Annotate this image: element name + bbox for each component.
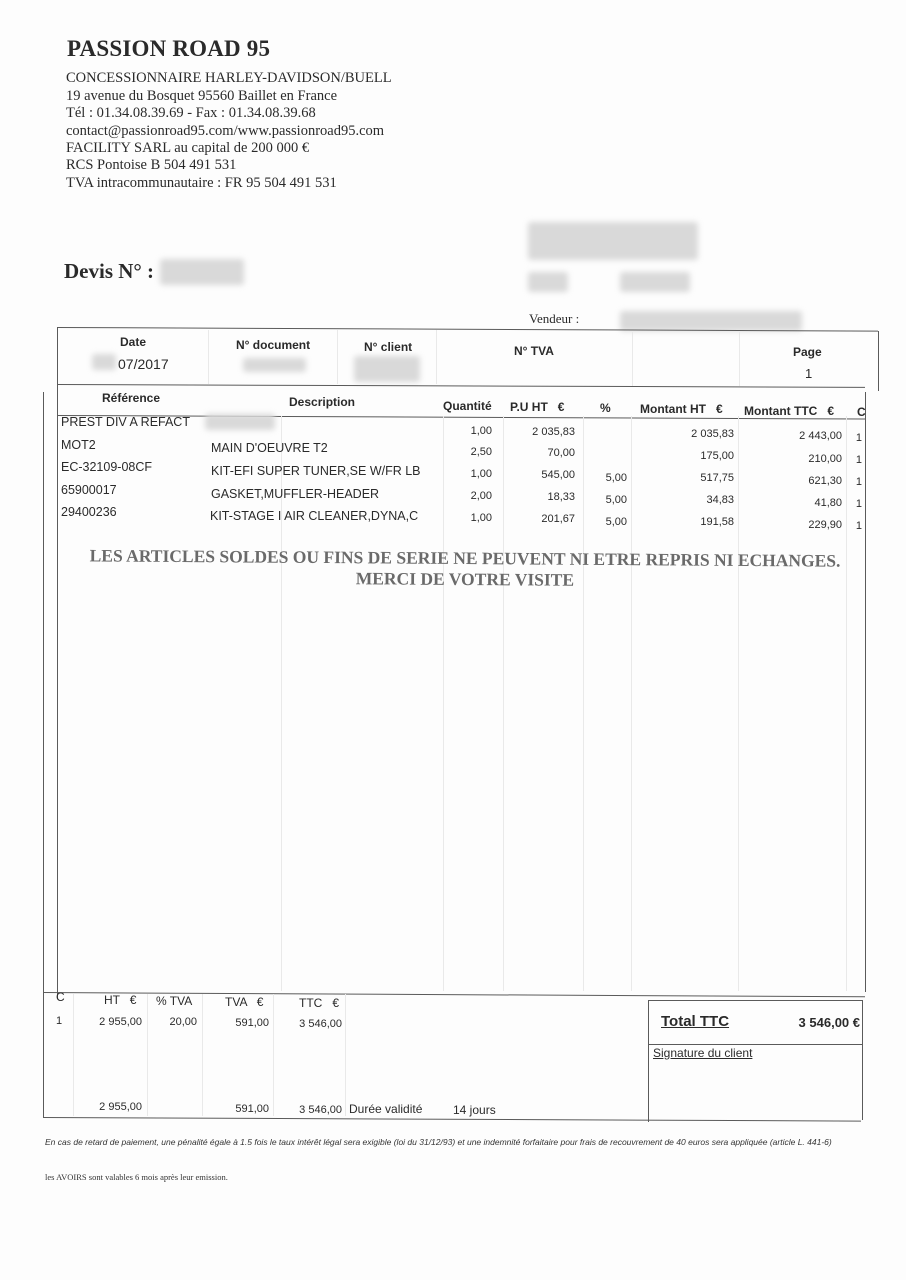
quote-number-redacted: [160, 259, 244, 285]
totals-row-ttc: 3 546,00: [285, 1018, 342, 1030]
divider: [739, 332, 740, 386]
row-amount-ttc: 41,80: [760, 497, 842, 509]
col-header-discount: %: [600, 401, 611, 415]
customer-zip-redacted: [528, 272, 568, 292]
document-number-redacted: [243, 358, 306, 372]
divider: [281, 416, 282, 991]
divider: [273, 994, 274, 1116]
totals-row-vat-rate: 20,00: [150, 1016, 197, 1028]
validity-value: 14 jours: [453, 1103, 496, 1117]
divider: [443, 416, 444, 991]
row-amount-ttc: 2 443,00: [760, 430, 842, 442]
divider: [147, 994, 148, 1116]
row-amount-ht: 2 035,83: [660, 428, 734, 440]
row-unit-price: 545,00: [500, 469, 575, 481]
row-description: MAIN D'OEUVRE T2: [211, 441, 328, 455]
total-box-bottom: [648, 1044, 863, 1045]
row-reference: MOT2: [61, 438, 96, 452]
divider: [208, 330, 209, 384]
page-label: Page: [793, 345, 822, 359]
row-discount: 5,00: [580, 494, 627, 506]
col-header-amount-ht: Montant HT €: [640, 402, 723, 416]
row-amount-ht: 34,83: [660, 494, 734, 506]
row-reference: 65900017: [61, 483, 117, 497]
row-c: 1: [852, 498, 862, 510]
col-header-quantity: Quantité: [443, 399, 492, 413]
totals-row-c: 1: [56, 1015, 62, 1027]
row-reference: PREST DIV A REFACT: [61, 415, 190, 429]
totals-sum-vat: 591,00: [215, 1103, 269, 1115]
total-ttc-label: Total TTC: [661, 1013, 729, 1030]
row-amount-ttc: 229,90: [760, 519, 842, 531]
col-header-c: C: [857, 405, 866, 419]
row-reference: EC-32109-08CF: [61, 460, 152, 474]
divider: [846, 416, 847, 991]
row-amount-ht: 191,58: [660, 516, 734, 528]
frame-left-border-lower: [43, 392, 44, 1117]
row-discount: 5,00: [580, 516, 627, 528]
row-c: 1: [852, 454, 862, 466]
credit-notes-notice: les AVOIRS sont valables 6 mois après le…: [45, 1172, 228, 1182]
total-box-left: [648, 1000, 649, 1122]
company-rcs: RCS Pontoise B 504 491 531: [66, 157, 236, 174]
totals-bottom-border: [43, 1117, 861, 1122]
totals-sum-ht: 2 955,00: [90, 1101, 142, 1113]
salesperson-label: Vendeur :: [529, 311, 579, 327]
company-phone-fax: Tél : 01.34.08.39.69 - Fax : 01.34.08.39…: [66, 105, 316, 122]
divider: [436, 330, 437, 384]
totals-sum-ttc: 3 546,00: [285, 1104, 342, 1116]
totals-row-vat: 591,00: [215, 1017, 269, 1029]
row-quantity: 1,00: [440, 425, 492, 437]
col-header-reference: Référence: [102, 391, 160, 405]
divider: [632, 332, 633, 386]
totals-header-vat-rate: % TVA: [156, 994, 192, 1008]
header-separator: [57, 384, 865, 388]
totals-header-ttc: TTC €: [299, 996, 339, 1010]
total-ttc-value: 3 546,00 €: [750, 1015, 860, 1030]
row-description: GASKET,MUFFLER-HEADER: [211, 487, 379, 501]
customer-city-redacted: [620, 272, 690, 292]
row-description-redacted: [205, 414, 275, 430]
customer-address-redacted: [528, 222, 698, 260]
divider: [337, 330, 338, 384]
company-vat: TVA intracommunautaire : FR 95 504 491 5…: [66, 175, 337, 192]
row-c: 1: [852, 520, 862, 532]
total-box-top: [648, 1000, 863, 1001]
client-number-redacted: [354, 356, 420, 382]
row-amount-ht: 517,75: [660, 472, 734, 484]
totals-header-vat: TVA €: [225, 995, 263, 1009]
date-label: Date: [120, 335, 146, 349]
salesperson-redacted: [620, 311, 802, 331]
company-activity: CONCESSIONNAIRE HARLEY-DAVIDSON/BUELL: [66, 70, 392, 87]
vat-number-label: N° TVA: [514, 344, 554, 358]
company-name: PASSION ROAD 95: [67, 36, 270, 62]
totals-header-c: C: [56, 990, 65, 1004]
company-address: 19 avenue du Bosquet 95560 Baillet en Fr…: [66, 88, 337, 105]
row-quantity: 1,00: [440, 468, 492, 480]
company-contact: contact@passionroad95.com/www.passionroa…: [66, 123, 384, 140]
row-unit-price: 70,00: [500, 447, 575, 459]
quote-number-label: Devis N° :: [64, 259, 154, 284]
document-number-label: N° document: [236, 338, 310, 352]
row-unit-price: 201,67: [500, 513, 575, 525]
company-legal-form: FACILITY SARL au capital de 200 000 €: [66, 140, 309, 157]
row-quantity: 1,00: [440, 512, 492, 524]
frame-right-border: [865, 392, 866, 992]
divider: [73, 994, 74, 1116]
col-header-amount-ttc: Montant TTC €: [744, 404, 834, 418]
row-c: 1: [852, 476, 862, 488]
date-day-redacted: [92, 354, 116, 370]
row-amount-ttc: 210,00: [760, 453, 842, 465]
client-signature-label: Signature du client: [653, 1046, 752, 1060]
frame-right-border-top: [878, 331, 879, 391]
row-unit-price: 2 035,83: [500, 426, 575, 438]
row-quantity: 2,50: [440, 446, 492, 458]
date-value: 07/2017: [118, 356, 169, 372]
frame-left-border: [57, 327, 58, 999]
col-header-description: Description: [289, 395, 355, 409]
row-unit-price: 18,33: [500, 491, 575, 503]
divider: [345, 994, 346, 1116]
row-description: KIT-EFI SUPER TUNER,SE W/FR LB: [211, 464, 421, 478]
late-payment-notice: En cas de retard de paiement, une pénali…: [45, 1137, 865, 1148]
returns-notice: LES ARTICLES SOLDES OU FINS DE SERIE NE …: [60, 545, 870, 593]
validity-label: Durée validité: [349, 1102, 422, 1116]
page-number: 1: [805, 366, 812, 381]
client-number-label: N° client: [364, 340, 412, 354]
total-box-right: [862, 1000, 863, 1120]
row-discount: 5,00: [580, 472, 627, 484]
col-header-unit-price: P.U HT €: [510, 400, 564, 414]
divider: [202, 994, 203, 1116]
totals-header-ht: HT €: [104, 993, 136, 1007]
row-c: 1: [852, 432, 862, 444]
row-reference: 29400236: [61, 505, 117, 519]
row-description: KIT-STAGE I AIR CLEANER,DYNA,C: [210, 509, 418, 523]
row-amount-ttc: 621,30: [760, 475, 842, 487]
row-quantity: 2,00: [440, 490, 492, 502]
row-amount-ht: 175,00: [660, 450, 734, 462]
totals-row-ht: 2 955,00: [90, 1016, 142, 1028]
divider: [738, 416, 739, 991]
divider: [631, 416, 632, 991]
